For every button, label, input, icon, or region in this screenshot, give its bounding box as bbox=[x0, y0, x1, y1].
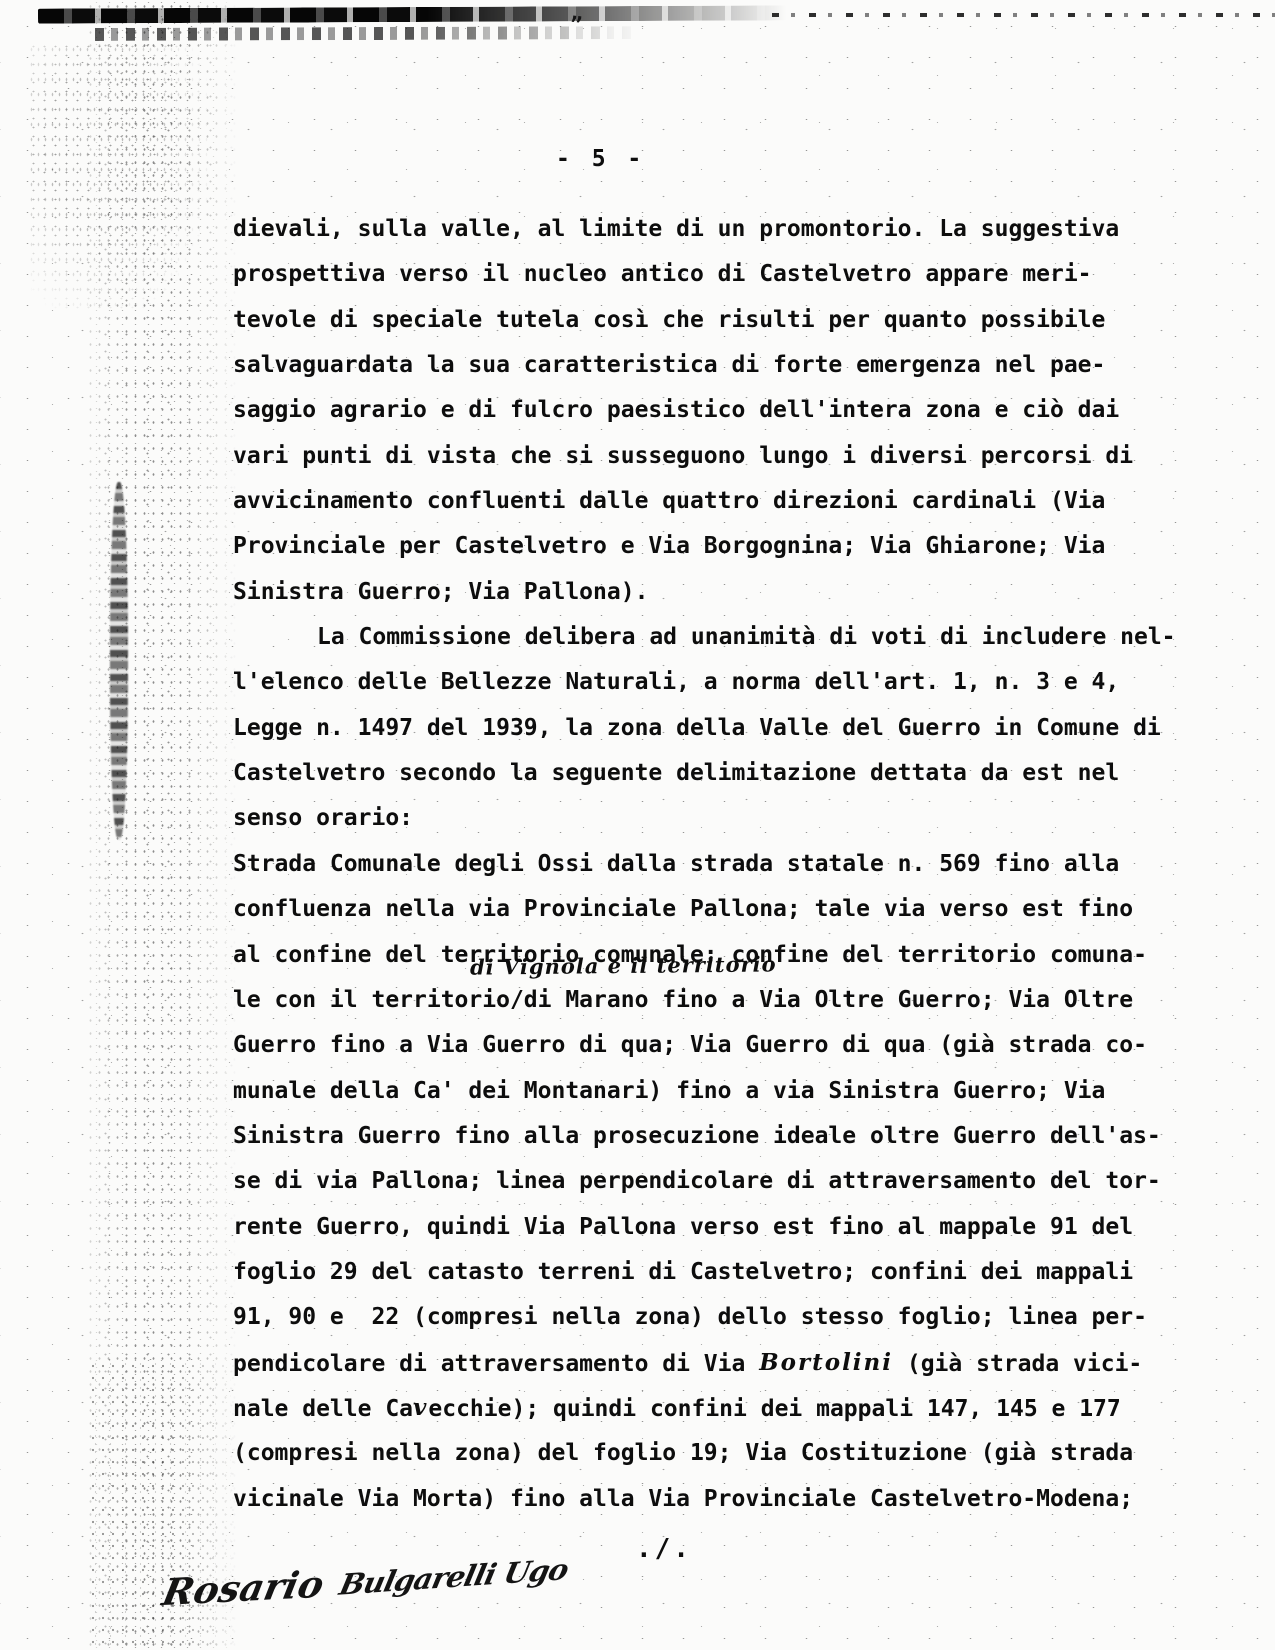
text-line: 91, 90 e 22 (compresi nella zona) dello … bbox=[233, 1295, 1193, 1340]
text-line: vari punti di vista che si susseguono lu… bbox=[233, 434, 1193, 479]
typed-segment: nale delle Ca bbox=[233, 1396, 413, 1422]
text-line: l'elenco delle Bellezze Naturali, a norm… bbox=[233, 660, 1193, 705]
text-line: Sinistra Guerro fino alla prosecuzione i… bbox=[233, 1114, 1193, 1159]
typed-segment: Castelvetro secondo la seguente delimita… bbox=[233, 760, 1119, 786]
typed-segment: (già strada vici- bbox=[893, 1351, 1142, 1377]
typed-segment: le con il territorio/di Marano fino a Vi… bbox=[233, 987, 1133, 1013]
typed-segment: saggio agrario e di fulcro paesistico de… bbox=[233, 397, 1119, 423]
handwritten-correction: Bortolini bbox=[759, 1340, 893, 1385]
typed-segment: se di via Pallona; linea perpendicolare … bbox=[233, 1168, 1161, 1194]
typed-segment: 91, 90 e 22 (compresi nella zona) dello … bbox=[233, 1304, 1147, 1330]
typed-segment: (compresi nella zona) del foglio 19; Via… bbox=[233, 1440, 1133, 1466]
text-line: vicinale Via Morta) fino alla Via Provin… bbox=[233, 1477, 1193, 1522]
continuation-mark: ./. bbox=[636, 1534, 692, 1564]
typed-segment: Sinistra Guerro; Via Pallona). bbox=[233, 579, 648, 605]
typed-segment: vicinale Via Morta) fino alla Via Provin… bbox=[233, 1486, 1133, 1512]
scan-artifact-top-right-dots bbox=[772, 13, 1275, 17]
text-line: Provinciale per Castelvetro e Via Borgog… bbox=[233, 524, 1193, 569]
typed-segment: prospettiva verso il nucleo antico di Ca… bbox=[233, 261, 1092, 287]
typed-segment: Legge n. 1497 del 1939, la zona della Va… bbox=[233, 715, 1161, 741]
scan-noise-top-left-blotch bbox=[28, 42, 208, 312]
scan-noise-left-band bbox=[86, 0, 238, 1650]
typed-segment: pendicolare di attraversamento di Via bbox=[233, 1351, 759, 1377]
signature-right: Bulgarelli Ugo bbox=[336, 1552, 571, 1602]
typed-segment: avvicinamento confluenti dalle quattro d… bbox=[233, 488, 1105, 514]
text-line: tevole di speciale tutela così che risul… bbox=[233, 298, 1193, 343]
scan-artifact-top-bar-secondary bbox=[95, 26, 640, 41]
typed-segment: senso orario: bbox=[233, 805, 413, 831]
typed-segment: dievali, sulla valle, al limite di un pr… bbox=[233, 216, 1119, 242]
typed-segment: Sinistra Guerro fino alla prosecuzione i… bbox=[233, 1123, 1161, 1149]
text-line: (compresi nella zona) del foglio 19; Via… bbox=[233, 1431, 1193, 1476]
text-line: salvaguardata la sua caratteristica di f… bbox=[233, 343, 1193, 388]
text-line: le con il territorio/di Marano fino a Vi… bbox=[233, 978, 1193, 1023]
typed-segment: tevole di speciale tutela così che risul… bbox=[233, 307, 1105, 333]
scanned-document-page: ” - 5 - dievali, sulla valle, al limite … bbox=[0, 0, 1275, 1650]
text-line: dievali, sulla valle, al limite di un pr… bbox=[233, 207, 1193, 252]
typed-segment: l'elenco delle Bellezze Naturali, a norm… bbox=[233, 669, 1119, 695]
typed-segment: rente Guerro, quindi Via Pallona verso e… bbox=[233, 1214, 1133, 1240]
scan-artifact-top-bar bbox=[38, 5, 786, 23]
text-line: rente Guerro, quindi Via Pallona verso e… bbox=[233, 1205, 1193, 1250]
typed-segment: foglio 29 del catasto terreni di Castelv… bbox=[233, 1259, 1133, 1285]
text-line: nale delle Cavecchie); quindi confini de… bbox=[233, 1386, 1193, 1431]
text-line: prospettiva verso il nucleo antico di Ca… bbox=[233, 252, 1193, 297]
handwritten-insertion: di Vignola e il territorio bbox=[470, 951, 777, 979]
typed-segment: Provinciale per Castelvetro e Via Borgog… bbox=[233, 533, 1105, 559]
typed-segment: La Commissione delibera ad unanimità di … bbox=[317, 624, 1176, 650]
text-line: se di via Pallona; linea perpendicolare … bbox=[233, 1159, 1193, 1204]
text-line: munale della Ca' dei Montanari) fino a v… bbox=[233, 1069, 1193, 1114]
text-line: foglio 29 del catasto terreni di Castelv… bbox=[233, 1250, 1193, 1295]
typed-text-block: dievali, sulla valle, al limite di un pr… bbox=[233, 207, 1193, 1522]
stray-quote-mark: ” bbox=[569, 11, 583, 36]
typed-segment: Guerro fino a Via Guerro di qua; Via Gue… bbox=[233, 1032, 1147, 1058]
typed-segment: salvaguardata la sua caratteristica di f… bbox=[233, 352, 1105, 378]
text-line: Castelvetro secondo la seguente delimita… bbox=[233, 751, 1193, 796]
typed-segment: Strada Comunale degli Ossi dalla strada … bbox=[233, 851, 1119, 877]
text-line: Guerro fino a Via Guerro di qua; Via Gue… bbox=[233, 1023, 1193, 1068]
text-line: Strada Comunale degli Ossi dalla strada … bbox=[233, 842, 1193, 887]
text-line: confluenza nella via Provinciale Pallona… bbox=[233, 887, 1193, 932]
text-line: La Commissione delibera ad unanimità di … bbox=[233, 615, 1193, 660]
typed-segment: confluenza nella via Provinciale Pallona… bbox=[233, 896, 1133, 922]
text-line: senso orario: bbox=[233, 796, 1193, 841]
text-line: pendicolare di attraversamento di Via Bo… bbox=[233, 1341, 1193, 1386]
handwritten-correction: v bbox=[413, 1385, 428, 1430]
text-line: Sinistra Guerro; Via Pallona). bbox=[233, 570, 1193, 615]
typed-segment: ecchie); quindi confini dei mappali 147,… bbox=[428, 1396, 1120, 1422]
text-line: Legge n. 1497 del 1939, la zona della Va… bbox=[233, 706, 1193, 751]
scan-noise-left-streak bbox=[110, 482, 128, 840]
text-line: avvicinamento confluenti dalle quattro d… bbox=[233, 479, 1193, 524]
typed-segment: vari punti di vista che si susseguono lu… bbox=[233, 443, 1133, 469]
signature-left: Rosario bbox=[159, 1562, 328, 1614]
typed-segment: munale della Ca' dei Montanari) fino a v… bbox=[233, 1078, 1105, 1104]
page-number: - 5 - bbox=[556, 146, 645, 172]
text-line: saggio agrario e di fulcro paesistico de… bbox=[233, 388, 1193, 433]
